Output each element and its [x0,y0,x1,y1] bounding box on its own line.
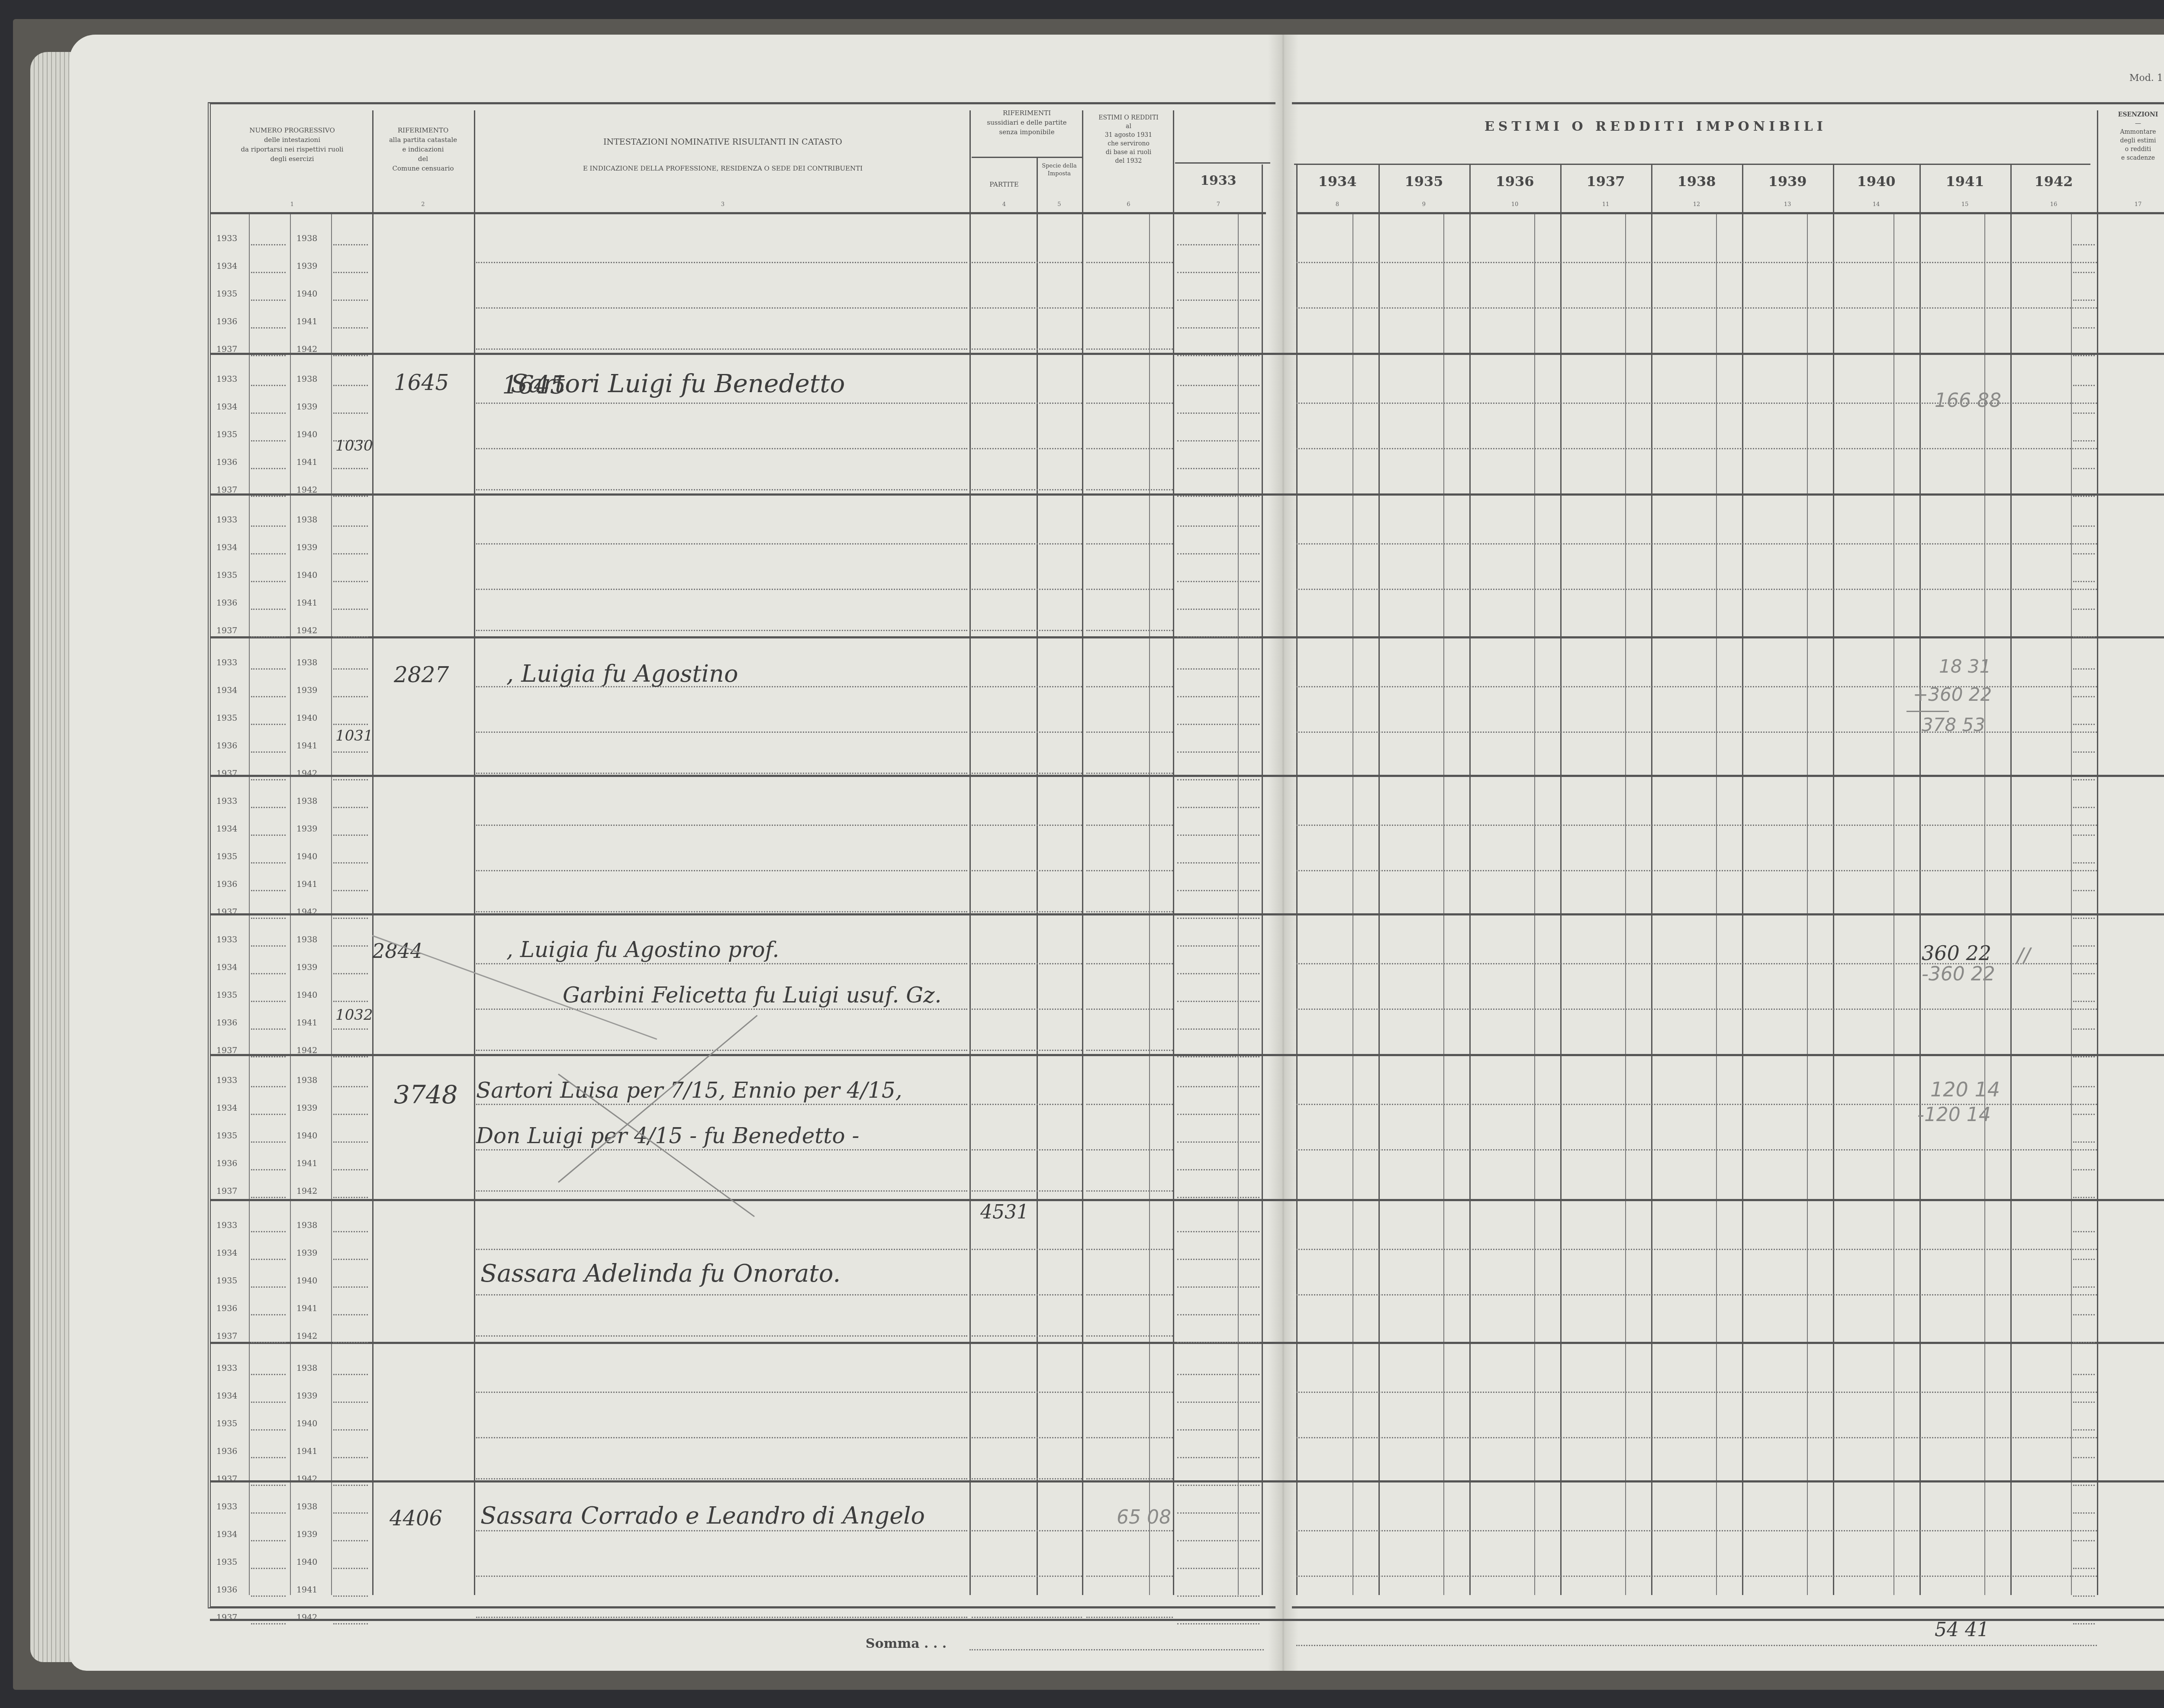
year-label: 1941 [296,741,317,751]
year-label: 1935 [216,1419,237,1428]
dotted-rule [1296,1294,2097,1296]
dotted-rule [2073,890,2095,891]
dotted-rule [333,525,368,527]
year-label: 1942 [296,1331,317,1341]
year-label: 1935 [216,713,237,723]
year-label: 1939 [296,1248,317,1258]
dotted-rule [972,1249,1082,1250]
entry-partita: 4406 [390,1506,442,1531]
dotted-rule [1177,1197,1259,1198]
year-label: 1935 [216,289,237,299]
dotted-rule [1086,348,1173,350]
cents-divider [1716,214,1717,1595]
cents-divider [1534,214,1535,1595]
dotted-rule [972,1392,1082,1393]
entry-name: Sassara Adelinda fu Onorato. [480,1260,840,1288]
dotted-rule [1177,327,1259,329]
year-label: 1941 [296,1304,317,1313]
year-label: 1941 [296,598,317,608]
dotted-rule [251,1429,286,1431]
year-label: 1938 [296,796,317,806]
dotted-rule [2073,272,2095,273]
dotted-rule [1086,1437,1173,1438]
dotted-rule [251,1231,286,1232]
year-label: 1941 [296,880,317,889]
col-divider [1919,164,1921,1595]
year-label: 1942 [296,485,317,495]
dotted-rule [476,1335,967,1337]
year-label: 1936 [216,598,237,608]
dotted-rule [251,355,286,356]
dotted-rule [972,773,1082,774]
dotted-rule [476,773,967,774]
dotted-rule [2073,1056,2095,1057]
dotted-rule [1177,668,1259,670]
col3-title: INTESTAZIONI NOMINATIVE RISULTANTI IN CA… [476,136,969,148]
year-label: 1939 [296,543,317,552]
year-label: 1942 [296,1474,317,1484]
dotted-rule [1177,468,1259,469]
col-number: 14 [1833,201,1919,208]
dotted-rule [972,348,1082,350]
dotted-rule [476,348,967,350]
divider [972,157,1082,158]
entry-name: Sassara Corrado e Leandro di Angelo [480,1502,925,1529]
dotted-rule [1177,862,1259,864]
year-label: 1938 [296,1502,317,1511]
form-identifier: Mod. 111 - Imposte Dirette (Intercalare)… [2129,73,2164,84]
dotted-rule [1177,918,1259,919]
year-label: 1942 [296,1186,317,1196]
dotted-rule [2073,1001,2095,1002]
col-divider [1651,164,1652,1595]
dotted-rule [251,835,286,836]
year-label: 1940 [296,990,317,1000]
col3-subtitle: E INDICAZIONE DELLA PROFESSIONE, RESIDEN… [476,164,969,173]
col17-number: 17 [2099,201,2164,208]
dotted-rule [333,1457,368,1458]
dotted-rule [1296,448,2097,449]
dotted-rule [972,1190,1082,1192]
dotted-rule [2073,609,2095,610]
dotted-rule [251,1485,286,1486]
dotted-rule [2073,553,2095,554]
year-label: 1934 [216,963,237,972]
col17-header: ESENZIONI — Ammontare degli estimi o red… [2099,110,2164,162]
col-divider [372,110,374,1595]
col17-title: ESENZIONI [2099,110,2164,119]
dotted-rule [251,525,286,527]
year-label: 1935 [216,990,237,1000]
year-label: 1935 [216,1276,237,1286]
dotted-rule [2073,1374,2095,1375]
dotted-rule [1177,1231,1259,1232]
col17-line: Ammontare [2099,128,2164,136]
year-label: 1939 [296,1530,317,1539]
dotted-rule [2073,1141,2095,1143]
dotted-rule [972,1050,1082,1051]
dotted-rule [2073,355,2095,356]
dotted-rule [251,1342,286,1343]
dotted-rule [2073,779,2095,780]
year-header: 1936 [1469,173,1560,190]
dotted-rule [251,496,286,497]
dotted-rule [251,1623,286,1624]
dotted-rule [1086,963,1173,964]
dotted-rule [972,1530,1082,1531]
col17-line: e scadenze [2099,154,2164,162]
col6-line: di base ai ruoli [1084,148,1173,157]
dotted-rule [2073,1512,2095,1514]
dotted-rule [476,448,967,449]
dotted-rule [972,963,1082,964]
dotted-rule [972,1478,1082,1479]
entry-partite: 4531 [980,1201,1029,1223]
dotted-rule [2073,581,2095,582]
dotted-rule [251,1114,286,1115]
col5-number: 5 [1037,201,1082,208]
year-label: 1934 [216,543,237,552]
dotted-rule [1177,751,1259,753]
dotted-rule [2073,1169,2095,1170]
col1-line: da riportarsi nei rispettivi ruoli [214,145,370,154]
year-label: 1940 [296,1419,317,1428]
col1-line: degli esercizi [214,154,370,164]
dotted-rule [2073,1623,2095,1624]
dotted-rule [1296,307,2097,309]
col2-header: RIFERIMENTO alla partita catastale e ind… [374,126,472,173]
header-bottom-rule [210,212,1266,214]
dotted-rule [1296,825,2097,826]
dotted-rule [1296,1249,2097,1250]
year-label: 1937 [216,345,237,354]
dotted-rule [1177,272,1259,273]
dotted-rule [251,945,286,947]
col-divider [290,214,291,1595]
dotted-rule [972,1009,1082,1010]
dotted-rule [2073,1114,2095,1115]
year-label: 1937 [216,907,237,917]
year-label: 1936 [216,1585,237,1595]
col17-dash: — [2099,119,2164,128]
dotted-rule [1177,1342,1259,1343]
dotted-rule [1177,973,1259,974]
dotted-rule [1177,636,1259,638]
year-label: 1937 [216,1186,237,1196]
dotted-rule [2073,412,2095,414]
dotted-rule [333,1114,368,1115]
year-label: 1933 [216,515,237,525]
dotted-rule [972,1104,1082,1105]
entry-name: Garbini Felicetta fu Luigi usuf. Gz. [563,983,941,1008]
entry-prog-no: 1031 [335,727,373,744]
dotted-rule [2073,1342,2095,1343]
col-divider [331,214,332,1595]
dotted-rule [333,668,368,670]
dotted-rule [2073,835,2095,836]
dotted-rule [1177,1429,1259,1431]
year-label: 1938 [296,658,317,667]
dotted-rule [251,1169,286,1170]
dotted-rule [1177,807,1259,808]
col-divider [1262,164,1263,1595]
dotted-rule [251,385,286,386]
dotted-rule [251,1568,286,1569]
dotted-rule [2073,862,2095,864]
col-number: 15 [1919,201,2010,208]
dotted-rule [2073,244,2095,245]
col-divider [1037,158,1038,1595]
dotted-rule [333,1231,368,1232]
dotted-rule [2073,1314,2095,1315]
year-label: 1939 [296,1391,317,1401]
dotted-rule [333,1286,368,1288]
dotted-rule [1177,1568,1259,1569]
col-divider [2010,164,2012,1595]
dotted-rule [2073,1259,2095,1260]
dotted-rule [333,300,368,301]
year-label: 1937 [216,1331,237,1341]
dotted-rule [333,1595,368,1597]
dotted-rule [251,609,286,610]
dotted-rule [333,1141,368,1143]
dotted-rule [1086,773,1173,774]
entry-name: , Luigia fu Agostino prof. [506,937,779,962]
year-header: 1934 [1296,173,1378,190]
dotted-rule [476,963,967,964]
dotted-rule [1086,870,1173,871]
dotted-rule [333,807,368,808]
dotted-rule [1177,1512,1259,1514]
dotted-rule [333,1512,368,1514]
dotted-rule [333,1086,368,1087]
year-label: 1941 [296,458,317,467]
dotted-rule [1086,589,1173,590]
dotted-rule [333,696,368,697]
divider [1175,162,1270,164]
dotted-rule [2073,636,2095,638]
dotted-rule [2073,1028,2095,1030]
col-number: 12 [1651,201,1742,208]
year-label: 1940 [296,1557,317,1567]
dotted-rule [333,751,368,753]
col-divider [1560,164,1562,1595]
cents-divider [1352,214,1353,1595]
year-label: 1938 [296,234,317,243]
dotted-rule [333,244,368,245]
dotted-rule [2073,1086,2095,1087]
dotted-rule [251,1314,286,1315]
dotted-rule [333,862,368,864]
dotted-rule [1086,1249,1173,1250]
col4-number: 4 [972,201,1037,208]
year-label: 1939 [296,824,317,834]
year-label: 1940 [296,289,317,299]
dotted-rule [2073,525,2095,527]
dotted-rule [2073,945,2095,947]
dotted-rule [251,918,286,919]
dotted-rule [333,412,368,414]
dotted-rule [1086,403,1173,404]
dotted-rule [1177,1086,1259,1087]
col-divider [1378,164,1380,1595]
value-1941: 360 22 [1922,941,1991,965]
dotted-rule [2073,918,2095,919]
year-label: 1933 [216,1221,237,1230]
dotted-rule [972,589,1082,590]
year-label: 1941 [296,1018,317,1028]
col-divider [1833,164,1834,1595]
row-separator [210,913,2164,915]
dotted-rule [2073,1540,2095,1541]
year-label: 1940 [296,1276,317,1286]
year-label: 1934 [216,686,237,695]
dotted-rule [2073,1429,2095,1431]
dotted-rule [972,307,1082,309]
dotted-rule [251,1141,286,1143]
dotted-rule [476,1050,967,1051]
year-label: 1934 [216,1248,237,1258]
dotted-rule [333,1402,368,1403]
col-divider [249,214,250,1595]
estimi-1932-value: 65 08 [1117,1506,1171,1528]
col6-line: ESTIMI O REDDITI [1084,113,1173,122]
dotted-rule [333,1001,368,1002]
dotted-rule [2073,724,2095,725]
total-1941: 54 41 [1935,1619,1989,1641]
col2-line: e indicazioni [374,145,472,154]
dotted-rule [1086,1392,1173,1393]
dotted-rule [1086,1149,1173,1150]
dotted-rule [1296,1530,2097,1531]
year-label: 1942 [296,769,317,778]
dotted-rule [1086,732,1173,733]
value-1941: 378 53 [1922,714,1985,735]
dotted-rule [333,496,368,497]
year-header-1933: 1933 [1175,173,1262,188]
col6-line: del 1932 [1084,157,1173,165]
dotted-rule [1086,489,1173,490]
left-table-frame [208,102,1275,1608]
somma-label: Somma . . . [866,1636,947,1651]
col-number: 8 [1296,201,1378,208]
dotted-rule [333,1342,368,1343]
dotted-rule [333,272,368,273]
dotted-rule [1177,244,1259,245]
dotted-rule [476,1530,967,1531]
dotted-rule [251,440,286,442]
year-label: 1935 [216,570,237,580]
year-label: 1937 [216,1046,237,1055]
dotted-rule [476,1294,967,1296]
dotted-rule [251,696,286,697]
col1-number: 1 [214,201,370,208]
year-header: 1938 [1651,173,1742,190]
dotted-rule [251,468,286,469]
col-divider [1742,164,1743,1595]
dotted-rule [2073,1402,2095,1403]
year-label: 1936 [216,1018,237,1028]
dotted-rule [476,732,967,733]
dotted-rule [333,609,368,610]
dotted-rule [251,973,286,974]
dotted-rule [1177,1540,1259,1541]
year-label: 1940 [296,713,317,723]
dotted-rule [2073,327,2095,329]
dotted-rule [1296,870,2097,871]
entry-prog-no: 1030 [335,437,373,454]
col5-label: Specie della Imposta [1037,162,1082,178]
year-label: 1934 [216,1391,237,1401]
dotted-rule [972,630,1082,631]
dotted-rule [1177,835,1259,836]
value-1941: -120 14 [1917,1104,1991,1126]
dotted-rule [1086,1104,1173,1105]
col17-line: degli estimi [2099,136,2164,145]
dotted-rule [1086,825,1173,826]
dotted-rule [476,1104,967,1105]
year-label: 1934 [216,824,237,834]
col2-number: 2 [374,201,472,208]
dotted-rule [1177,440,1259,442]
year-label: 1933 [216,796,237,806]
dotted-rule [972,489,1082,490]
col-number: 13 [1742,201,1833,208]
dotted-rule [251,807,286,808]
dotted-rule [972,1335,1082,1337]
dotted-rule [1177,385,1259,386]
dotted-rule [1177,1056,1259,1057]
year-label: 1935 [216,852,237,861]
cents-divider [2071,214,2072,1595]
year-label: 1939 [296,963,317,972]
total-line [1296,1645,2097,1646]
dotted-rule [251,553,286,554]
dotted-rule [1177,779,1259,780]
dotted-rule [1177,609,1259,610]
dotted-rule [2073,668,2095,670]
col2-title: RIFERIMENTO [374,126,472,135]
col-divider [474,110,475,1595]
year-label: 1935 [216,1131,237,1141]
dotted-rule [1296,543,2097,545]
dotted-rule [1177,1286,1259,1288]
year-label: 1934 [216,1530,237,1539]
year-label: 1938 [296,374,317,384]
dotted-rule [333,468,368,469]
dotted-rule [1086,448,1173,449]
row-separator [210,775,2164,777]
dotted-rule [1177,1001,1259,1002]
cents-divider [1807,214,1808,1595]
year-label: 1933 [216,374,237,384]
col7-number: 7 [1175,201,1262,208]
dotted-rule [476,262,967,263]
dotted-rule [1086,1190,1173,1192]
col6-line: 31 agosto 1931 [1084,131,1173,139]
year-label: 1941 [296,317,317,326]
dotted-rule [333,636,368,638]
dotted-rule [2073,440,2095,442]
year-label: 1935 [216,430,237,439]
dotted-rule [251,1595,286,1597]
year-label: 1933 [216,1502,237,1511]
col-divider [969,110,971,1595]
dotted-rule [2073,1197,2095,1198]
dotted-rule [476,630,967,631]
dotted-rule [1086,1617,1173,1618]
year-label: 1940 [296,570,317,580]
